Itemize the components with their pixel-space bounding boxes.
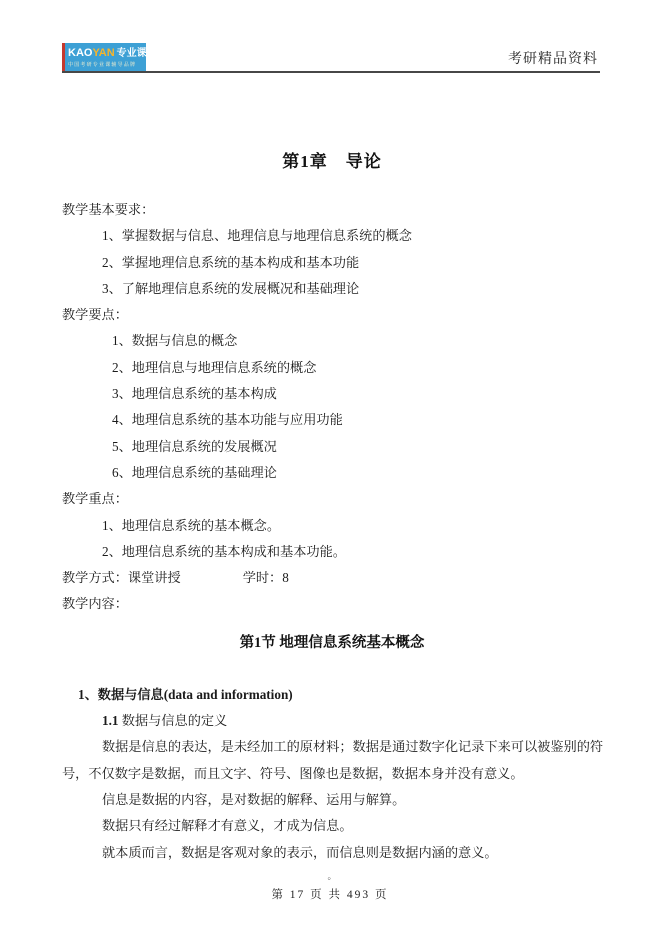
focus-item: 2、地理信息系统的基本构成和基本功能。 [62,539,602,565]
body-line: 信息是数据的内容，是对数据的解释、运用与解算。 [62,787,602,813]
point-item: 4、地理信息系统的基本功能与应用功能 [62,407,602,433]
body-line: 数据只有经过解释才有意义，才成为信息。 [62,813,602,839]
point-item: 6、地理信息系统的基础理论 [62,460,602,486]
body-line: 就本质而言，数据是客观对象的表示，而信息则是数据内涵的意义。 [62,840,602,866]
teaching-method-line: 教学方式：课堂讲授学时：8 [62,565,602,591]
requirement-item: 1、掌握数据与信息、地理信息与地理信息系统的概念 [62,223,602,249]
logo-text-kao: KAO [68,47,92,59]
stray-punctuation-mark: 。 [62,870,602,882]
logo-wordmark: KAOYAN专业课 [68,47,144,60]
teaching-content-label: 教学内容： [62,591,602,617]
document-page: KAOYAN专业课 中国考研专业课辅导品牌 考研精品资料 第1章 导论 教学基本… [0,0,660,934]
kaoyan-logo: KAOYAN专业课 中国考研专业课辅导品牌 [62,43,146,71]
definition-heading-number: 1.1 [102,713,118,728]
page-number: 第 17 页 共 493 页 [0,886,660,902]
teaching-focus-label: 教学重点： [62,486,602,512]
logo-tagline: 中国考研专业课辅导品牌 [68,61,115,67]
header-right-text: 考研精品资料 [508,48,598,68]
body-line: 数据是信息的表达，是未经加工的原材料；数据是通过数字化记录下来可以被鉴别的符 [62,734,602,760]
point-item: 3、地理信息系统的基本构成 [62,381,602,407]
chapter-title: 第1章 导论 [62,150,602,174]
section-title: 第1节 地理信息系统基本概念 [62,630,602,656]
teaching-method: 教学方式：课堂讲授 [62,570,181,585]
logo-text-yan: YAN [92,47,114,59]
document-body: 第1章 导论 教学基本要求： 1、掌握数据与信息、地理信息与地理信息系统的概念 … [62,74,602,882]
requirement-item: 2、掌握地理信息系统的基本构成和基本功能 [62,250,602,276]
requirement-item: 3、了解地理信息系统的发展概况和基础理论 [62,276,602,302]
logo-text-suffix: 专业课 [117,48,147,59]
teaching-requirements-label: 教学基本要求： [62,197,602,223]
class-hours: 学时：8 [243,570,289,585]
definition-heading: 1.1 数据与信息的定义 [62,708,602,734]
page-footer: 第 17 页 共 493 页 [0,886,660,902]
body-line: 号，不仅数字是数据，而且文字、符号、图像也是数据，数据本身并没有意义。 [62,761,602,787]
definition-heading-text: 数据与信息的定义 [118,713,227,728]
point-item: 5、地理信息系统的发展概况 [62,434,602,460]
header-divider [62,71,600,73]
data-info-heading: 1、数据与信息(data and information) [62,682,602,708]
focus-item: 1、地理信息系统的基本概念。 [62,513,602,539]
teaching-points-label: 教学要点： [62,302,602,328]
point-item: 2、地理信息与地理信息系统的概念 [62,355,602,381]
point-item: 1、数据与信息的概念 [62,328,602,354]
